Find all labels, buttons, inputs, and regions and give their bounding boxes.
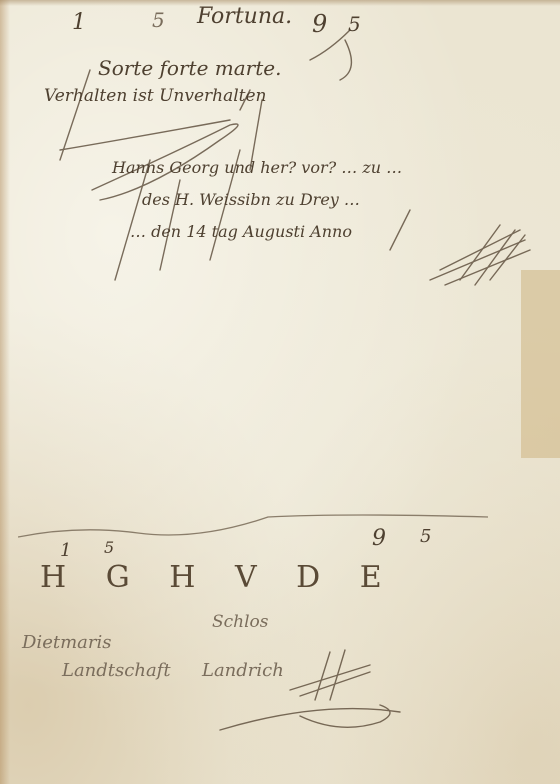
paragraph-line: des H. Weissibn zu Drey … — [142, 190, 360, 209]
page-title: Fortuna. — [197, 4, 292, 29]
motto-line-2: Verhalten ist Unverhalten — [44, 86, 267, 106]
initial: E — [360, 560, 382, 595]
initial: G — [106, 560, 130, 595]
signature-line: Dietmaris — [22, 632, 111, 653]
signature-line: Landrich — [202, 660, 284, 681]
motto: Sorte forte marte. — [98, 56, 281, 80]
initials-row: H G H V D E — [40, 560, 412, 595]
initial: D — [296, 560, 320, 595]
year-digit: 1 — [60, 540, 71, 561]
initial: H — [40, 560, 66, 595]
year-digit: 5 — [420, 526, 431, 547]
initial: H — [169, 560, 195, 595]
signature-line: Schlos — [212, 612, 269, 632]
year-digit: 9 — [372, 526, 386, 551]
paragraph-line: … den 14 tag Augusti Anno — [130, 222, 352, 241]
initial: V — [235, 560, 257, 595]
header-numeral: 9 — [312, 10, 327, 38]
signature-line: Landtschaft — [62, 660, 171, 681]
divider-line — [18, 505, 488, 545]
header-numeral: 5 — [348, 12, 361, 36]
header-numeral: 1 — [72, 10, 86, 35]
year-digit: 5 — [104, 538, 114, 557]
paragraph-line: Hanns Georg und her? vor? … zu … — [112, 158, 402, 177]
header-numeral: 5 — [152, 8, 165, 32]
manuscript-page: 1 5 Fortuna. 9 5 Sorte forte marte. Verh… — [0, 0, 560, 784]
